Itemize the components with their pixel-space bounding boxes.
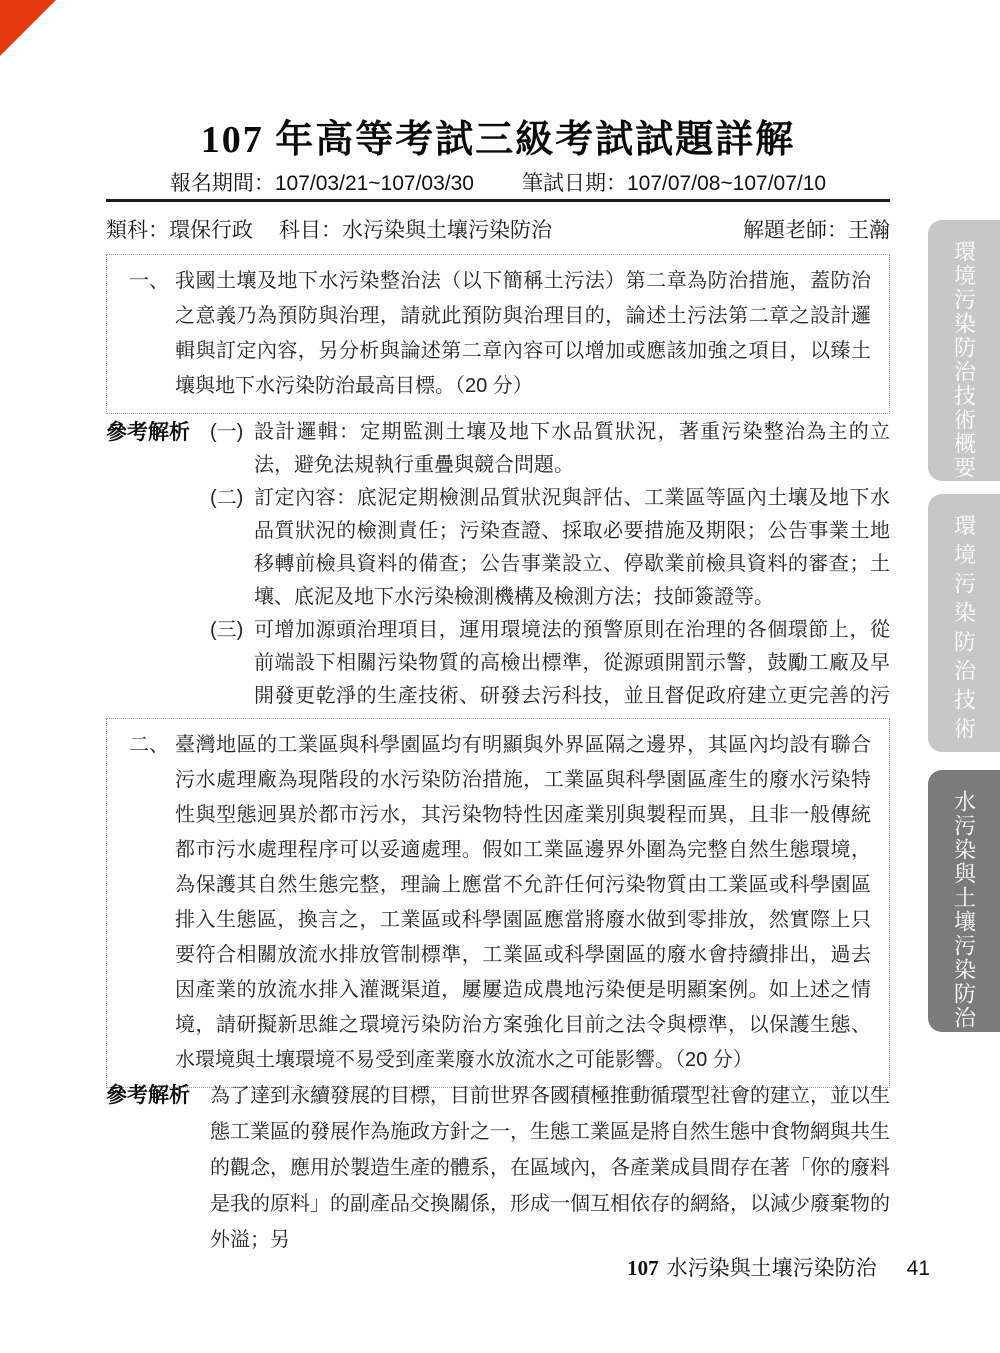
red-corner-decoration (0, 0, 56, 56)
question-text: 臺灣地區的工業區與科學園區均有明顯與外界區隔之邊界，其區內均設有聯合污水處理廠為… (175, 728, 871, 1078)
question-number: 一、 (129, 264, 175, 404)
question-box-1: 一、 我國土壤及地下水污染整治法（以下簡稱土污法）第二章為防治措施，蓋防治之意義… (106, 254, 890, 414)
question-box-2: 二、 臺灣地區的工業區與科學園區均有明顯與外界區隔之邊界，其區內均設有聯合污水處… (106, 718, 890, 1088)
question-number: 二、 (129, 728, 175, 1078)
header-divider (106, 199, 890, 202)
page-footer: 107 水污染與土壤污染防治 41 (627, 1252, 930, 1282)
analysis-item: (一) 設計邏輯：定期監測土壤及地下水品質狀況，著重污染整治為主的立法，避免法規… (210, 416, 890, 482)
solution-teacher: 解題老師：王瀚 (743, 214, 890, 244)
side-tab-environment-pollution-tech: 環境污染防治技術 (928, 494, 1000, 752)
footer-subject: 水污染與土壤污染防治 (667, 1252, 877, 1282)
side-tab-label: 環境污染防治技術 (949, 514, 980, 752)
analysis-label: 參考解析 (106, 416, 210, 746)
side-tab-label: 環境污染防治技術概要 (949, 240, 980, 481)
question-text: 我國土壤及地下水污染整治法（以下簡稱土污法）第二章為防治措施，蓋防治之意義乃為預… (175, 264, 871, 404)
written-exam-date: 筆試日期：107/07/08~107/07/10 (522, 167, 826, 197)
footer-page-number: 41 (907, 1257, 930, 1281)
item-text: 訂定內容：底泥定期檢測品質狀況與評估、工業區等區內土壤及地下水品質狀況的檢測責任… (254, 482, 890, 614)
side-tab-water-soil-pollution-control-active: 水污染與土壤污染防治 (928, 770, 1000, 1032)
reference-analysis-1: 參考解析 (一) 設計邏輯：定期監測土壤及地下水品質狀況，著重污染整治為主的立法… (106, 416, 890, 746)
registration-period: 報名期間：107/03/21~107/03/30 (170, 167, 474, 197)
analysis-text: 為了達到永續發展的目標，目前世界各國積極推動循環型社會的建立，並以生態工業區的發… (210, 1078, 890, 1258)
reference-analysis-2: 參考解析 為了達到永續發展的目標，目前世界各國積極推動循環型社會的建立，並以生態… (106, 1078, 890, 1258)
side-tab-label: 水污染與土壤污染防治 (949, 790, 980, 1032)
exam-category: 類科：環保行政 (106, 214, 253, 244)
item-marker: (二) (210, 482, 254, 614)
exam-subject: 科目：水污染與土壤污染防治 (279, 214, 552, 244)
exam-meta-row: 類科：環保行政 科目：水污染與土壤污染防治 解題老師：王瀚 (106, 214, 890, 244)
item-marker: (一) (210, 416, 254, 482)
analysis-item: (二) 訂定內容：底泥定期檢測品質狀況與評估、工業區等區內土壤及地下水品質狀況的… (210, 482, 890, 614)
scanned-exam-page: 107 年高等考試三級考試試題詳解 報名期間：107/03/21~107/03/… (0, 0, 1000, 1353)
side-tab-environment-pollution-tech-summary: 環境污染防治技術概要 (928, 220, 1000, 481)
analysis-label: 參考解析 (106, 1078, 210, 1258)
exam-dates-row: 報名期間：107/03/21~107/03/30 筆試日期：107/07/08~… (106, 167, 890, 197)
footer-year: 107 (627, 1256, 659, 1281)
item-text: 設計邏輯：定期監測土壤及地下水品質狀況，著重污染整治為主的立法，避免法規執行重疊… (254, 416, 890, 482)
page-title: 107 年高等考試三級考試試題詳解 (106, 108, 890, 163)
